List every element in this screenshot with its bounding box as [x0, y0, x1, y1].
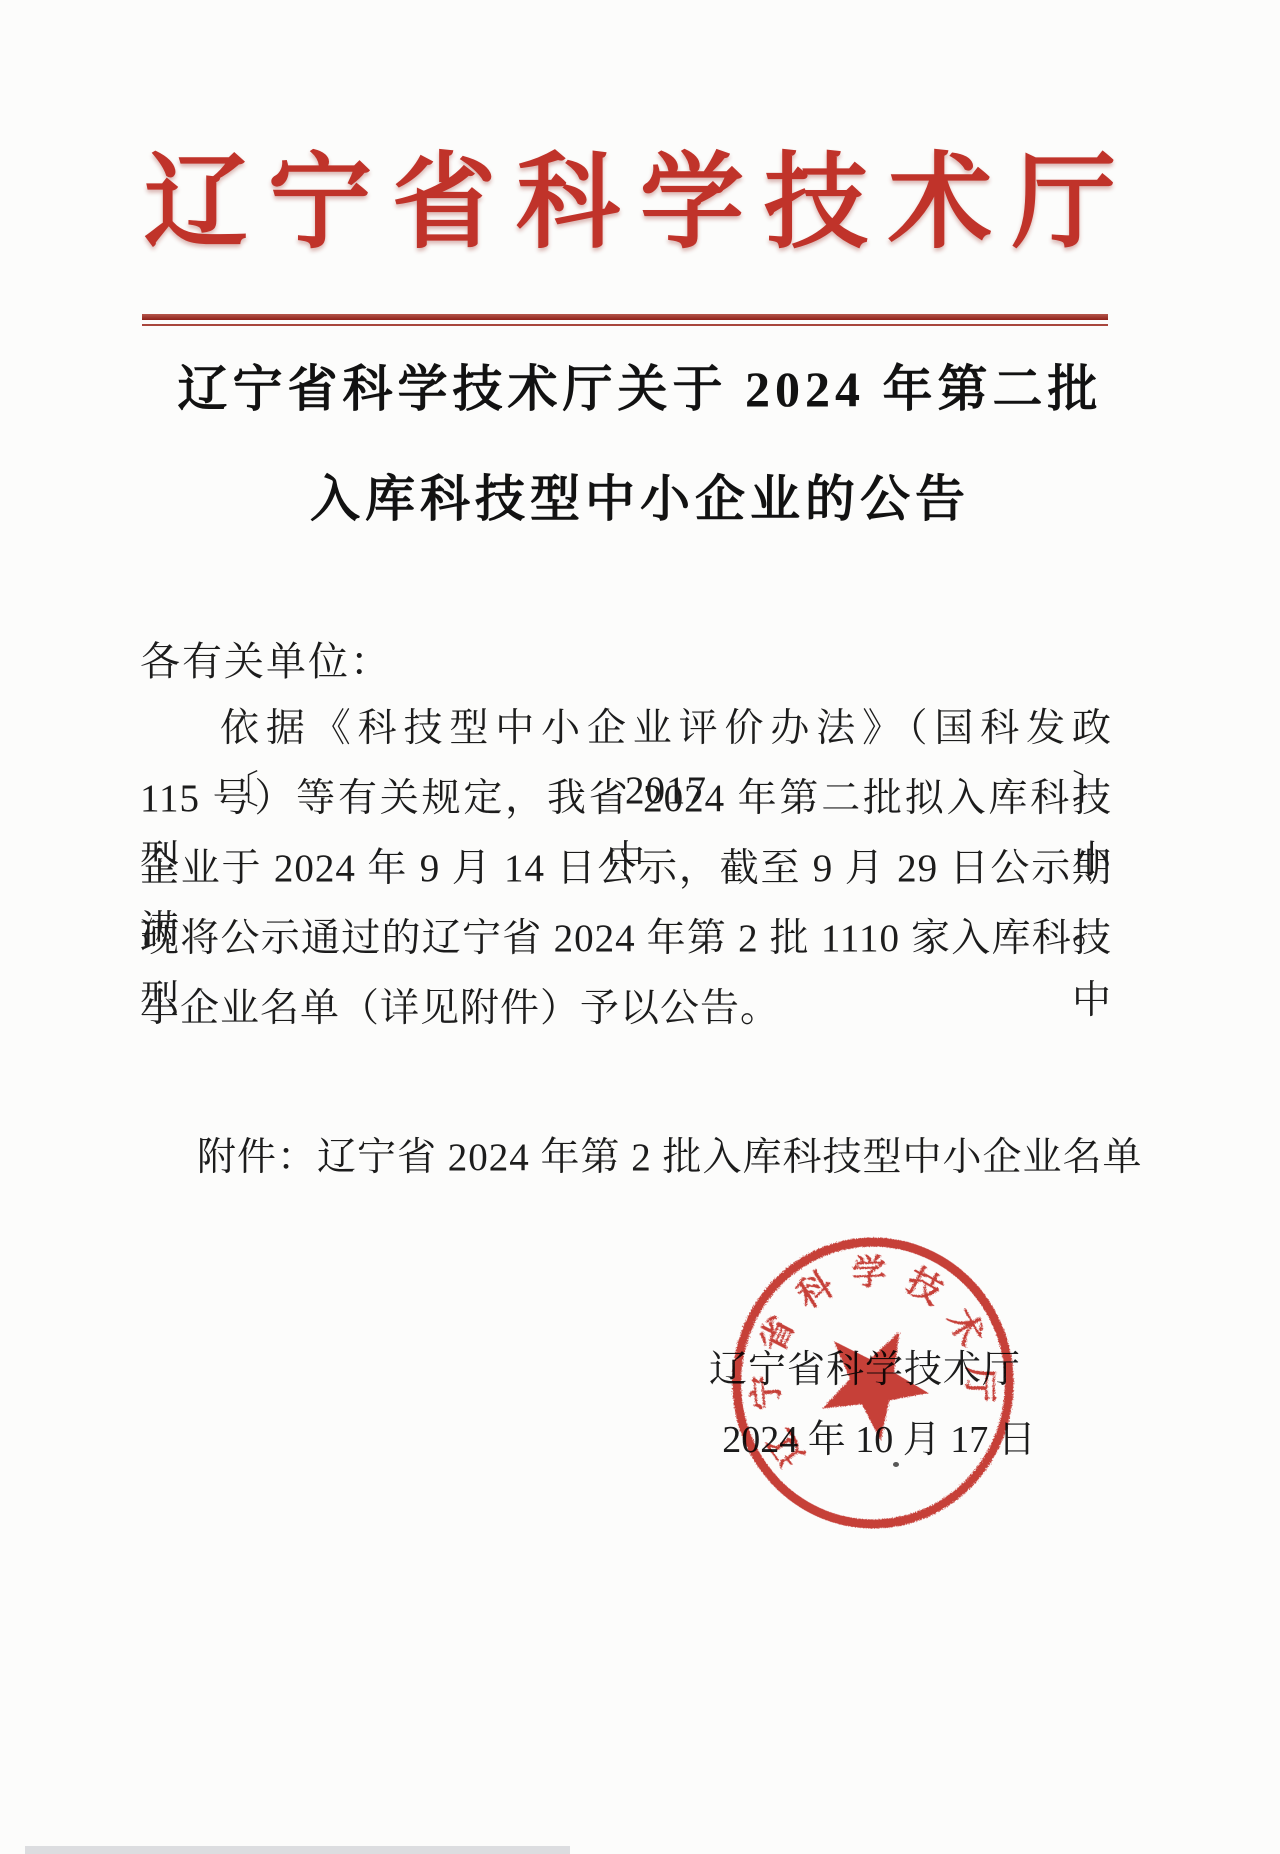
body-paragraph: 依据《科技型中小企业评价办法》（国科发政〔2017〕 115 号）等有关规定，我…: [140, 698, 1112, 1048]
paragraph-line: 115 号）等有关规定，我省 2024 年第二批拟入库科技型中小: [140, 768, 1112, 838]
attachment-line: 附件：辽宁省 2024 年第 2 批入库科技型中小企业名单: [140, 1126, 1140, 1182]
paragraph-line: 依据《科技型中小企业评价办法》（国科发政〔2017〕: [140, 698, 1112, 768]
scan-speck: [893, 1462, 899, 1467]
paragraph-line: 企业于 2024 年 9 月 14 日公示，截至 9 月 29 日公示期满。: [140, 838, 1112, 908]
official-seal: 辽宁省科学技术厅: [727, 1232, 1019, 1534]
document-page: 辽宁省科学技术厅 辽宁省科学技术厅关于 2024 年第二批 入库科技型中小企业的…: [0, 0, 1280, 1854]
paragraph-line: 现将公示通过的辽宁省 2024 年第 2 批 1110 家入库科技型中: [140, 908, 1112, 978]
seal-arc-text: 辽宁省科学技术厅: [727, 1232, 1010, 1477]
separator-thin-line: [142, 324, 1108, 326]
separator-thick-line: [142, 314, 1108, 320]
seal-star: [795, 1302, 943, 1455]
svg-text:辽宁省科学技术厅: 辽宁省科学技术厅: [727, 1232, 1010, 1477]
scan-edge-artifact: [25, 1846, 570, 1854]
salutation: 各有关单位：: [140, 630, 392, 687]
red-separator-line: [142, 314, 1108, 326]
document-title-line1: 辽宁省科学技术厅关于 2024 年第二批: [0, 334, 1280, 444]
document-title-line2: 入库科技型中小企业的公告: [0, 444, 1280, 554]
document-title: 辽宁省科学技术厅关于 2024 年第二批 入库科技型中小企业的公告: [0, 334, 1280, 554]
letterhead-title: 辽宁省科学技术厅: [0, 118, 1280, 268]
